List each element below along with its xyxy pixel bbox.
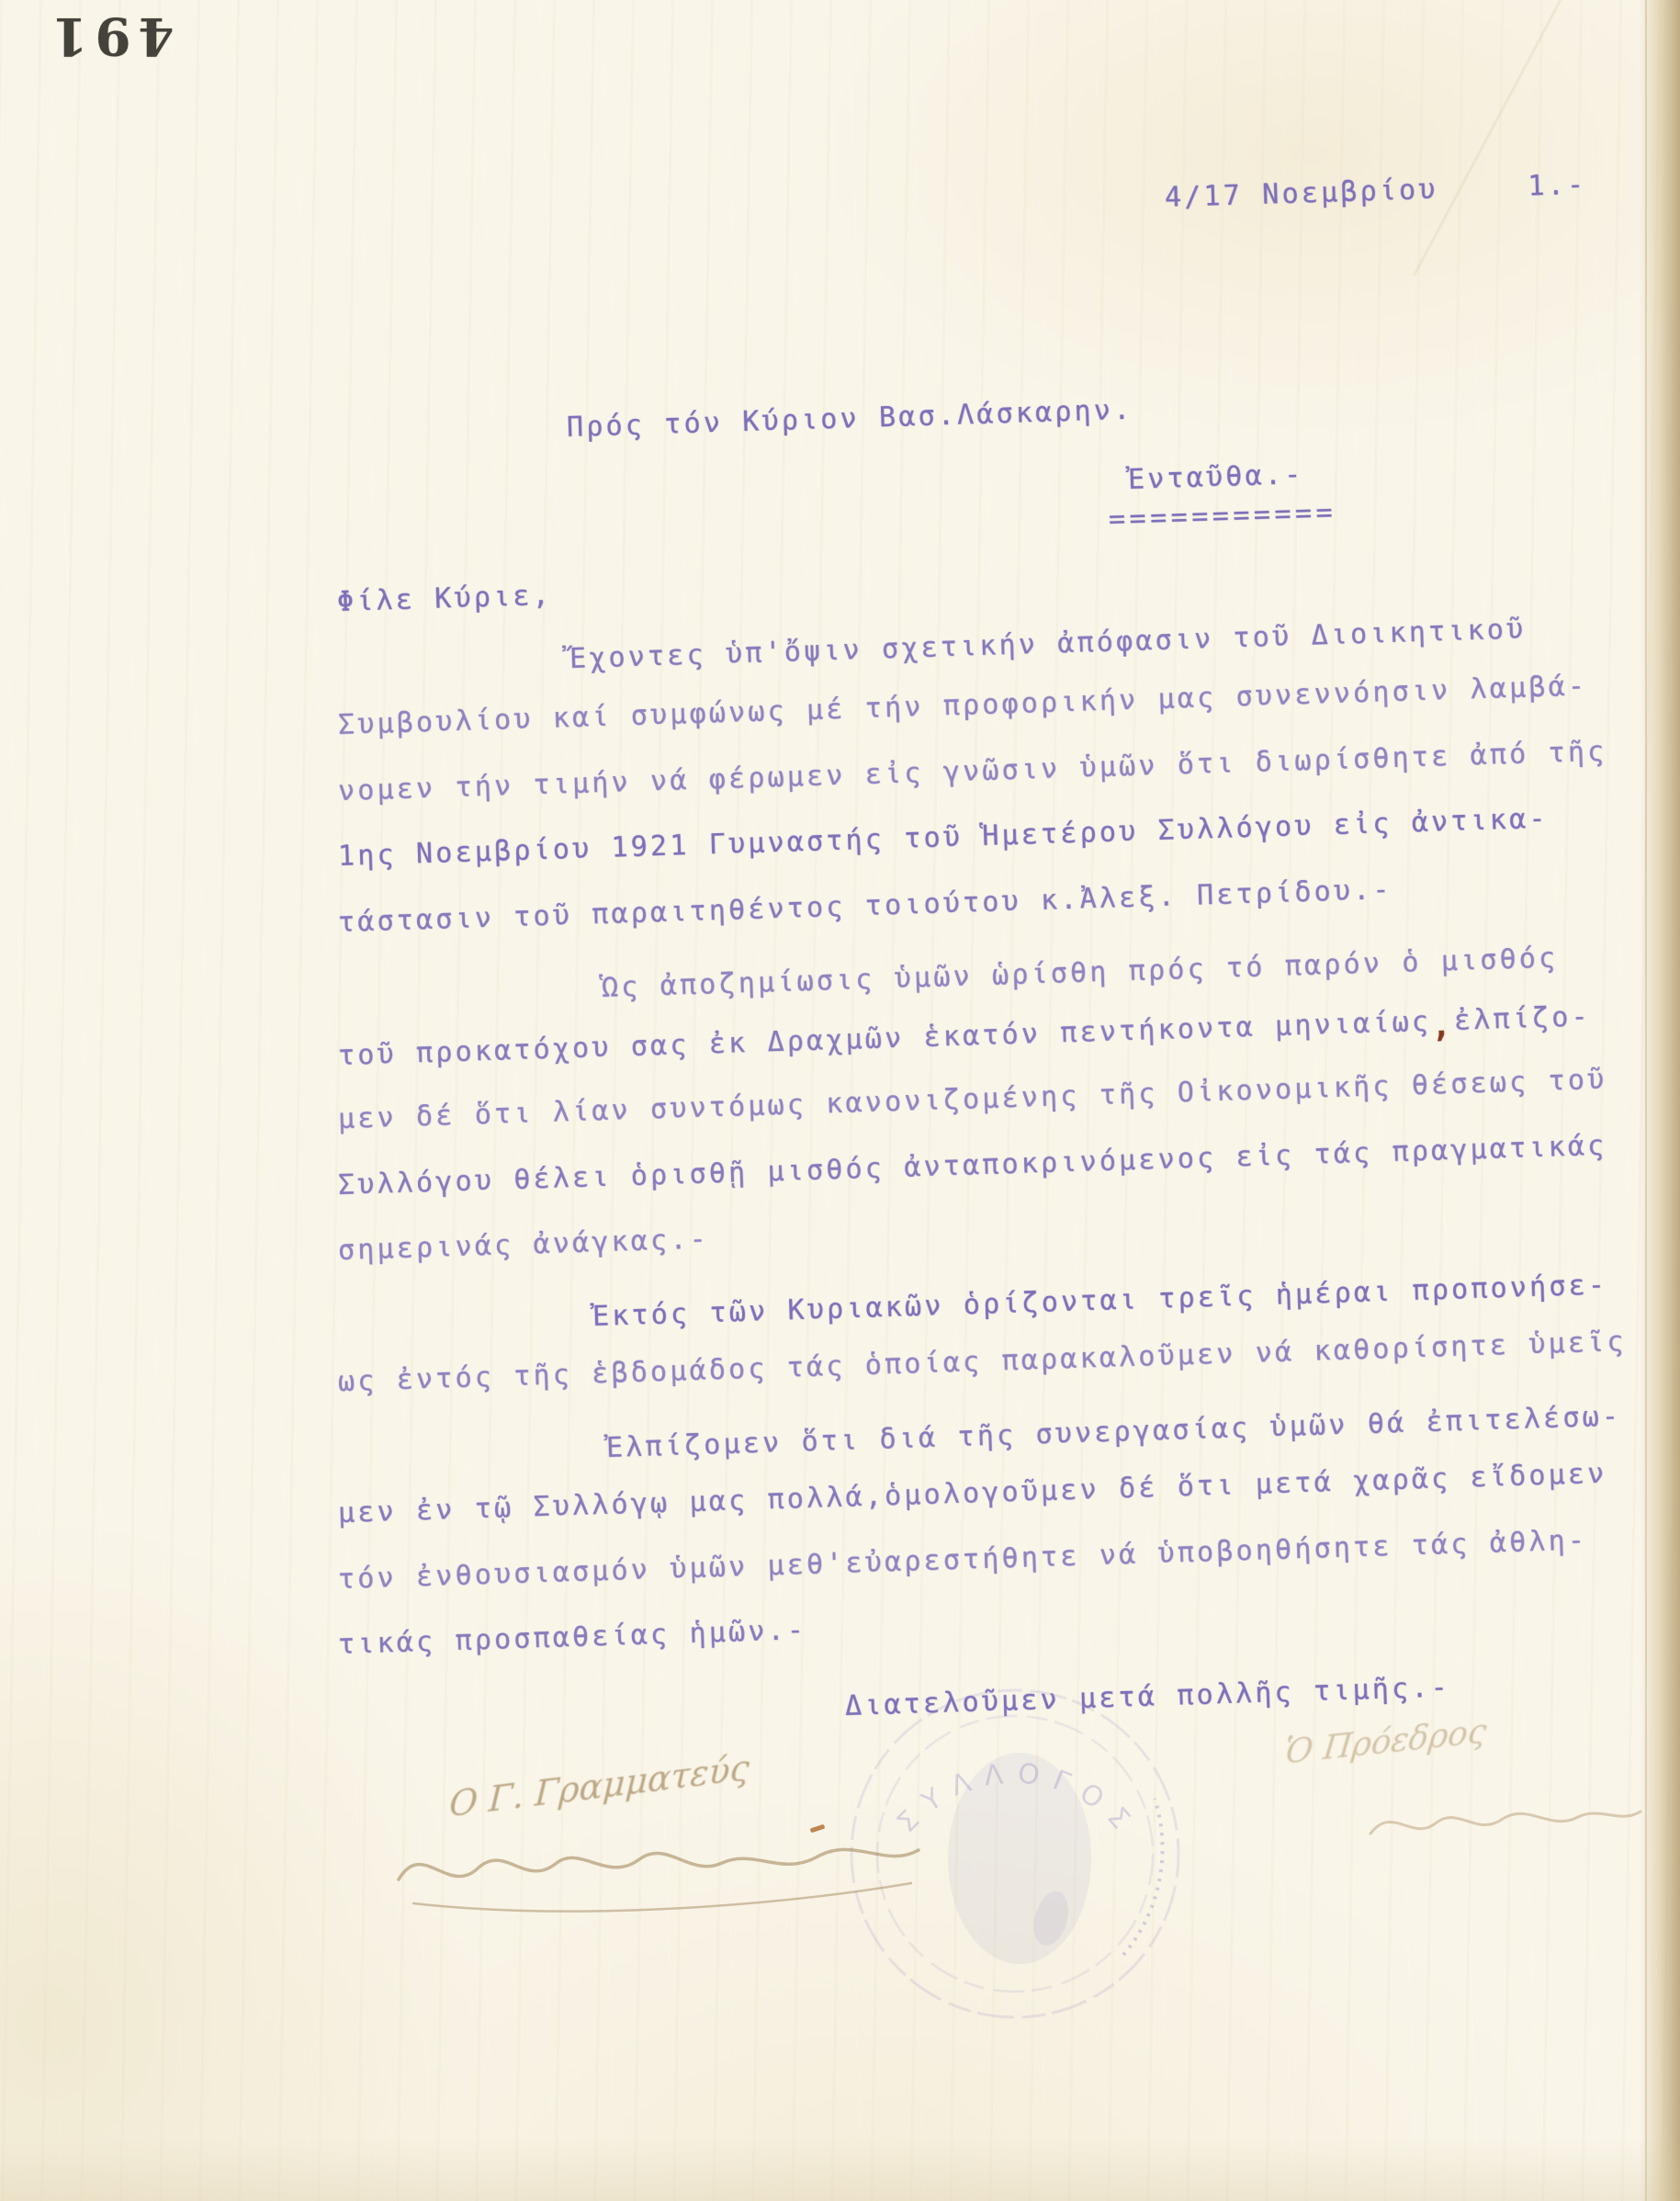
letter-body-line: Συμβουλίου καί συμφώνως μέ τήν προφορική… <box>337 670 1587 742</box>
letter-body-line: μεν ἐν τῷ Συλλόγῳ μας πολλά,ὁμολογοῦμεν … <box>337 1458 1607 1530</box>
date-year: 1.- <box>1528 169 1587 203</box>
red-comma-annotation: , <box>1431 1010 1455 1044</box>
paper-crease <box>1294 0 1680 276</box>
letter-body-line: τάστασιν τοῦ παραιτηθέντος τοιούτου κ.Ἀλ… <box>337 874 1392 940</box>
president-title: Ὁ Πρόεδρος <box>1282 1712 1488 1772</box>
archival-page-number: 491 <box>40 2 178 66</box>
letter-page: 491 4/17 Νοεμβρίου1.- Πρός τόν Κύριον Βα… <box>0 0 1680 2201</box>
secretary-signature <box>386 1812 955 1931</box>
letter-body-line: νομεν τήν τιμήν νά φέρωμεν εἰς γνῶσιν ὑμ… <box>337 736 1607 808</box>
president-signature <box>1359 1782 1653 1865</box>
place-line: Ἐνταῦθα.- <box>1127 458 1303 497</box>
body-line-text: ἐλπίζο- <box>1453 1000 1591 1037</box>
letter-body-line: Ἔχοντες ὑπ'ὄψιν σχετικήν ἀπόφασιν τοῦ Δι… <box>569 613 1526 676</box>
letter-body-line: σημερινάς ἀνάγκας.- <box>337 1223 709 1268</box>
place-underline: =========== <box>1108 496 1336 536</box>
letter-body-line: ως ἐντός τῆς ἑβδομάδος τάς ὁποίας παρακα… <box>337 1326 1627 1399</box>
paper-bottom-shadow <box>0 2137 1680 2201</box>
date-gap <box>1438 196 1528 198</box>
salutation: Φίλε Κύριε, <box>336 580 552 619</box>
letter-body-line: μεν δέ ὅτι λίαν συντόμως κανονιζομένης τ… <box>337 1064 1607 1136</box>
letter-body-line: Ὡς ἀποζημίωσις ὑμῶν ὡρίσθη πρός τό παρόν… <box>601 942 1558 1005</box>
body-line-text: τοῦ προκατόχου σας ἐκ Δραχμῶν ἑκατόν πεν… <box>337 1006 1431 1072</box>
letter-body-line: τοῦ προκατόχου σας ἐκ Δραχμῶν ἑκατόν πεν… <box>337 999 1591 1073</box>
letter-body-line: Ἐκτός τῶν Κυριακῶν ὁρίζονται τρεῖς ἡμέρα… <box>592 1269 1607 1334</box>
letter-body-line: Συλλόγου θέλει ὁρισθῇ μισθός ἀνταποκρινό… <box>337 1130 1607 1202</box>
letter-body-line: Ἐλπίζομεν ὅτι διά τῆς συνεργασίας ὑμῶν θ… <box>605 1400 1621 1465</box>
letter-body-line: 1ης Νοεμβρίου 1921 Γυμναστής τοῦ Ἡμετέρο… <box>337 803 1549 874</box>
letter-body-line: τόν ἐνθουσιασμόν ὑμῶν μεθ'εὐαρεστήθητε ν… <box>337 1524 1587 1597</box>
letter-body-line: τικάς προσπαθείας ἡμῶν.- <box>337 1614 806 1662</box>
paper-edge-line <box>1645 0 1647 2201</box>
recipient-line: Πρός τόν Κύριον Βασ.Λάσκαρην. <box>566 394 1133 445</box>
